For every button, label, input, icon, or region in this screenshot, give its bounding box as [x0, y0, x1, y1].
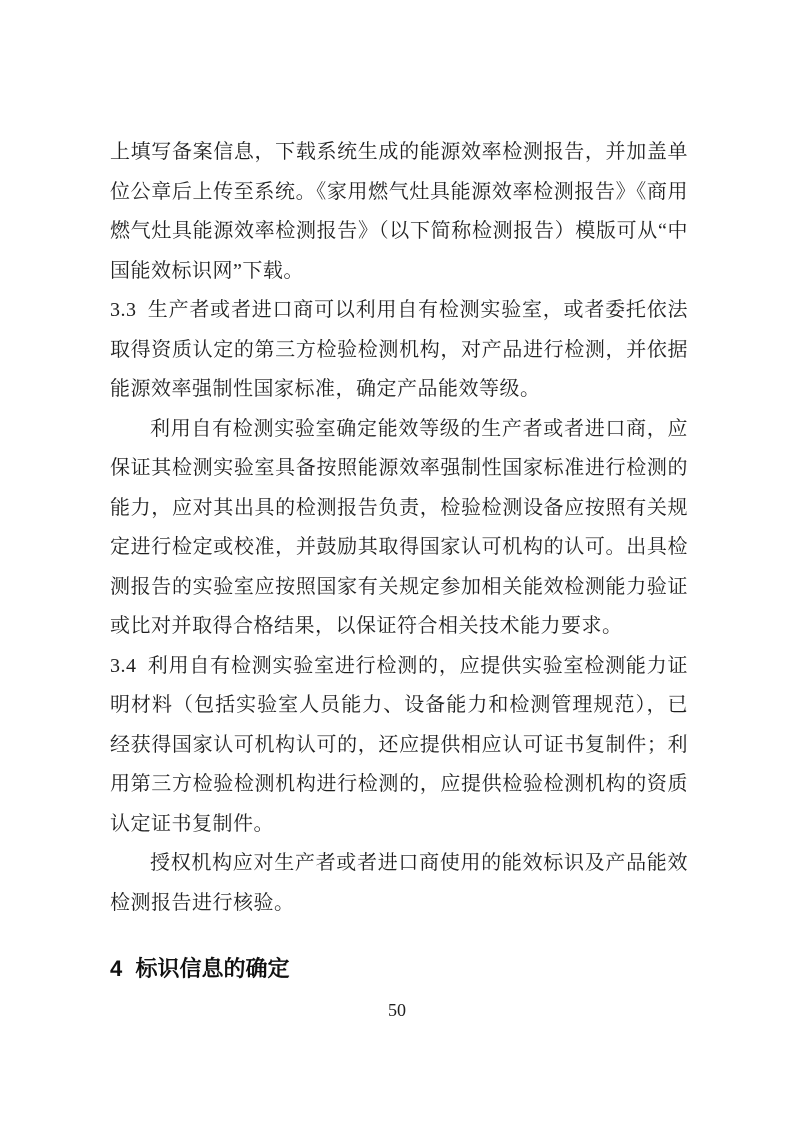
page-number: 50 [388, 1000, 406, 1020]
paragraph-section-3-3-text: 生产者或者进口商可以利用自有检测实验室，或者委托依法取得资质认定的第三方检验检测… [110, 299, 688, 400]
paragraph-continuation-text: 上填写备案信息，下载系统生成的能源效率检测报告，并加盖单位公章后上传至系统。《家… [110, 141, 688, 282]
paragraph-section-3-4-text: 利用自有检测实验室进行检测的，应提供实验室检测能力证明材料（包括实验室人员能力、… [110, 655, 688, 835]
paragraph-verification: 授权机构应对生产者或者进口商使用的能效标识及产品能效检测报告进行核验。 [110, 844, 688, 923]
document-page: 上填写备案信息，下载系统生成的能源效率检测报告，并加盖单位公章后上传至系统。《家… [0, 0, 794, 1123]
page-footer: 50 [0, 1000, 794, 1021]
paragraph-lab-requirements-text: 利用自有检测实验室确定能效等级的生产者或者进口商，应保证其检测实验室具备按照能源… [110, 418, 688, 638]
paragraph-section-3-3: 3.3生产者或者进口商可以利用自有检测实验室，或者委托依法取得资质认定的第三方检… [110, 291, 688, 410]
paragraph-continuation: 上填写备案信息，下载系统生成的能源效率检测报告，并加盖单位公章后上传至系统。《家… [110, 133, 688, 291]
paragraph-section-3-4: 3.4利用自有检测实验室进行检测的，应提供实验室检测能力证明材料（包括实验室人员… [110, 647, 688, 845]
paragraph-verification-text: 授权机构应对生产者或者进口商使用的能效标识及产品能效检测报告进行核验。 [110, 852, 688, 914]
section-heading-number: 4 [110, 956, 122, 981]
section-heading-4: 4标识信息的确定 [110, 954, 688, 984]
section-number-3-3: 3.3 [110, 299, 137, 321]
document-body: 上填写备案信息，下载系统生成的能源效率检测报告，并加盖单位公章后上传至系统。《家… [110, 133, 688, 984]
section-heading-title: 标识信息的确定 [135, 956, 289, 981]
paragraph-lab-requirements: 利用自有检测实验室确定能效等级的生产者或者进口商，应保证其检测实验室具备按照能源… [110, 410, 688, 647]
section-number-3-4: 3.4 [110, 655, 137, 677]
